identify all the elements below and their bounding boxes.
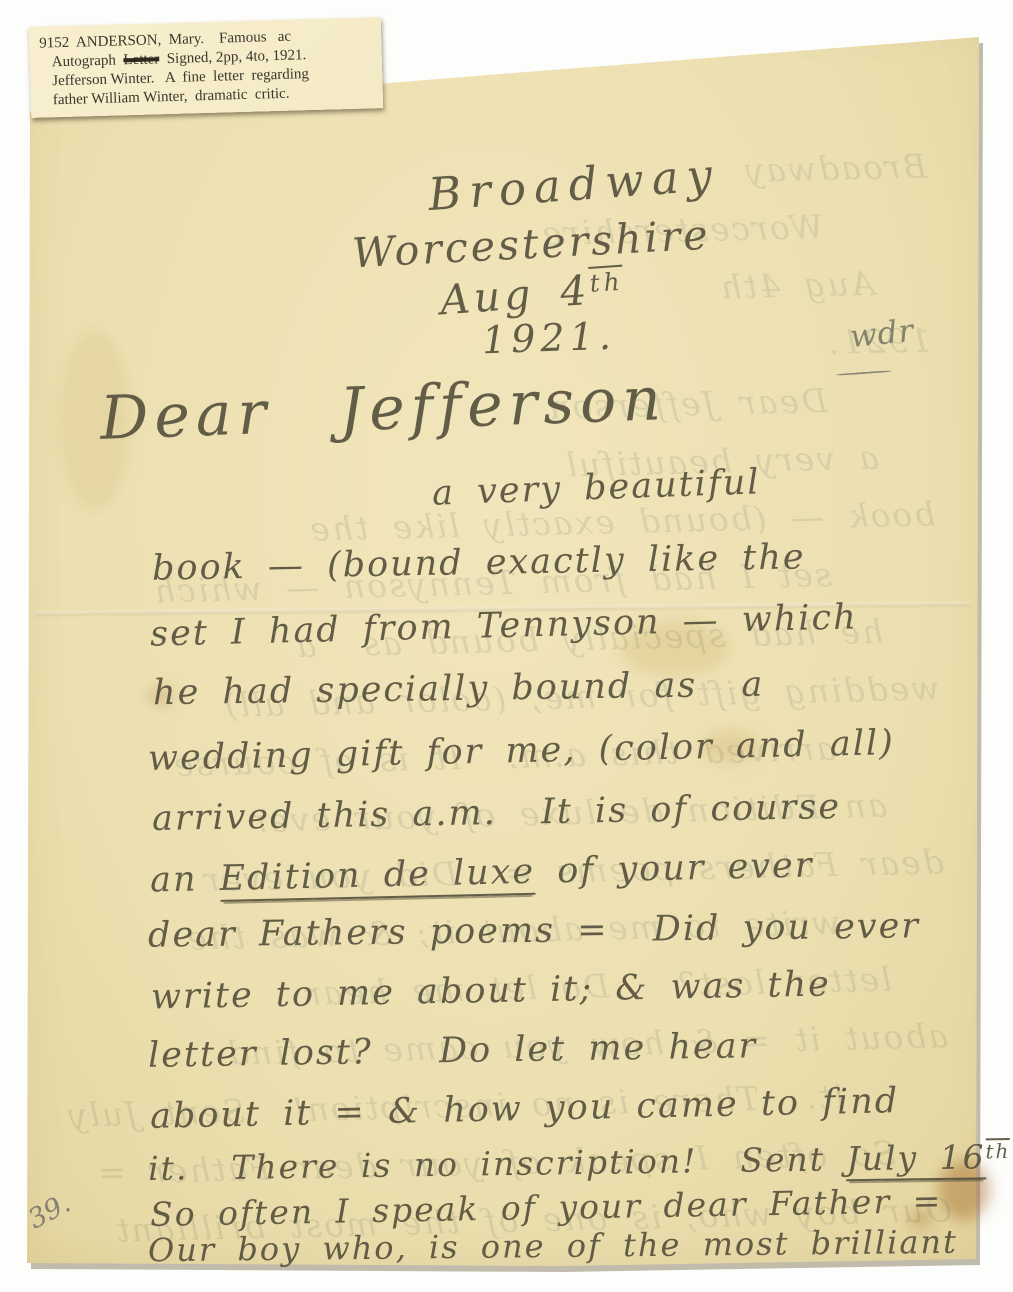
clipping-text: Signed, 2pp, 4to, 1921. xyxy=(159,47,306,67)
underlined-phrase: July 16 xyxy=(846,1137,986,1181)
ordinal-suffix: th xyxy=(985,1138,1010,1163)
line-text: an xyxy=(150,859,220,901)
struck-word: Letter xyxy=(123,51,159,68)
letter-line: he had specially bound as a xyxy=(153,665,765,714)
scanned-letter-page: BroadwayWorcestershireAug 4th1921.Dear J… xyxy=(0,0,1013,1292)
underlined-phrase: Edition de luxe xyxy=(219,852,535,902)
clipping-text: Autograph xyxy=(52,52,124,70)
line-text: of your ever xyxy=(535,845,814,891)
catalog-clipping: 9152 ANDERSON, Mary. Famous ac Autograph… xyxy=(29,17,383,118)
dealer-pencil-initials: wdr xyxy=(848,313,916,356)
date-ordinal-suffix: th xyxy=(589,264,625,297)
heading-year-line: 1921. xyxy=(481,314,616,363)
